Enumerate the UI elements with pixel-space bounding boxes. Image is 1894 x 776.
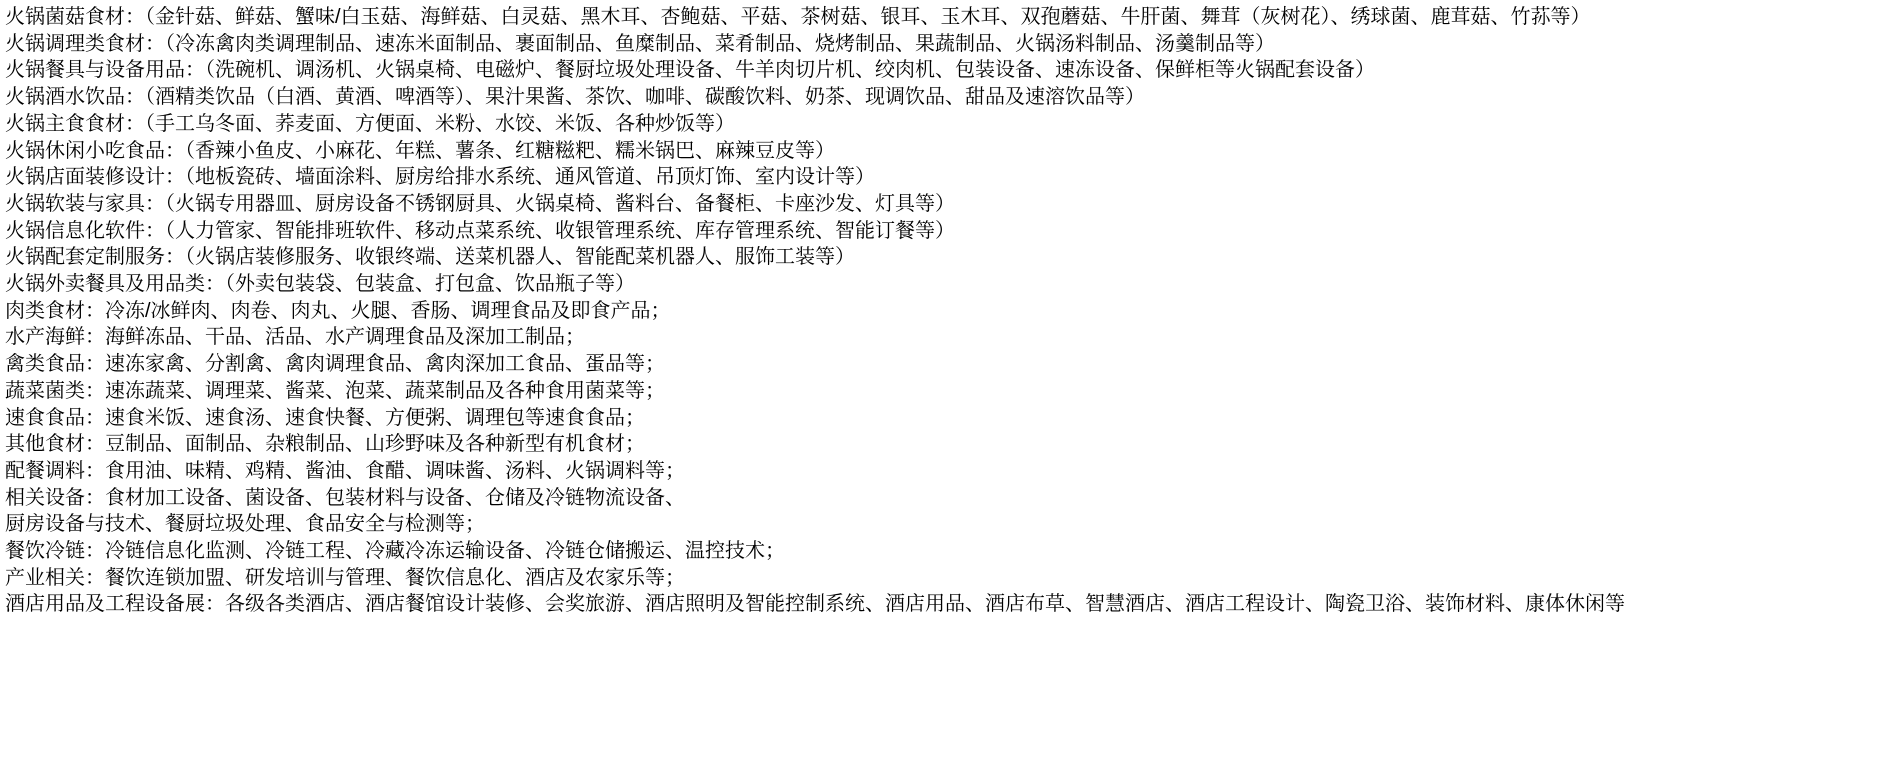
text-paragraph: 火锅休闲小吃食品：（香辣小鱼皮、小麻花、年糕、薯条、红糖糍粑、糯米锅巴、麻辣豆皮… [5, 138, 1889, 165]
text-paragraph: 肉类食材：冷冻/冰鲜肉、肉卷、肉丸、火腿、香肠、调理食品及即食产品； [5, 298, 1889, 325]
text-paragraph: 火锅餐具与设备用品：（洗碗机、调汤机、火锅桌椅、电磁炉、餐厨垃圾处理设备、牛羊肉… [5, 57, 1889, 84]
text-paragraph: 禽类食品：速冻家禽、分割禽、禽肉调理食品、禽肉深加工食品、蛋品等； [5, 351, 1889, 378]
text-paragraph: 相关设备：食材加工设备、菌设备、包装材料与设备、仓储及冷链物流设备、 厨房设备与… [5, 485, 1889, 538]
document-text: 火锅菌菇食材：（金针菇、鲜菇、蟹味/白玉菇、海鲜菇、白灵菇、黑木耳、杏鲍菇、平菇… [5, 4, 1889, 618]
text-paragraph: 火锅调理类食材：（冷冻禽肉类调理制品、速冻米面制品、裹面制品、鱼糜制品、菜肴制品… [5, 31, 1889, 58]
text-paragraph: 配餐调料：食用油、味精、鸡精、酱油、食醋、调味酱、汤料、火锅调料等； [5, 458, 1889, 485]
text-paragraph: 火锅配套定制服务：（火锅店装修服务、收银终端、送菜机器人、智能配菜机器人、服饰工… [5, 244, 1889, 271]
text-paragraph: 火锅信息化软件：（人力管家、智能排班软件、移动点菜系统、收银管理系统、库存管理系… [5, 218, 1889, 245]
text-paragraph: 水产海鲜：海鲜冻品、干品、活品、水产调理食品及深加工制品； [5, 324, 1889, 351]
text-paragraph: 火锅酒水饮品：（酒精类饮品（白酒、黄酒、啤酒等）、果汁果酱、茶饮、咖啡、碳酸饮料… [5, 84, 1889, 111]
text-paragraph: 餐饮冷链：冷链信息化监测、冷链工程、冷藏冷冻运输设备、冷链仓储搬运、温控技术； [5, 538, 1889, 565]
text-paragraph: 火锅店面装修设计：（地板瓷砖、墙面涂料、厨房给排水系统、通风管道、吊顶灯饰、室内… [5, 164, 1889, 191]
text-paragraph: 产业相关：餐饮连锁加盟、研发培训与管理、餐饮信息化、酒店及农家乐等； [5, 565, 1889, 592]
text-paragraph: 其他食材：豆制品、面制品、杂粮制品、山珍野味及各种新型有机食材； [5, 431, 1889, 458]
text-paragraph: 火锅软装与家具：（火锅专用器皿、厨房设备不锈钢厨具、火锅桌椅、酱料台、备餐柜、卡… [5, 191, 1889, 218]
text-paragraph: 火锅外卖餐具及用品类：（外卖包装袋、包装盒、打包盒、饮品瓶子等） [5, 271, 1889, 298]
text-paragraph: 蔬菜菌类：速冻蔬菜、调理菜、酱菜、泡菜、蔬菜制品及各种食用菌菜等； [5, 378, 1889, 405]
text-paragraph: 火锅菌菇食材：（金针菇、鲜菇、蟹味/白玉菇、海鲜菇、白灵菇、黑木耳、杏鲍菇、平菇… [5, 4, 1889, 31]
text-paragraph: 火锅主食食材：（手工乌冬面、荞麦面、方便面、米粉、水饺、米饭、各种炒饭等） [5, 111, 1889, 138]
document-body: 火锅菌菇食材：（金针菇、鲜菇、蟹味/白玉菇、海鲜菇、白灵菇、黑木耳、杏鲍菇、平菇… [0, 0, 1894, 618]
text-paragraph: 速食食品：速食米饭、速食汤、速食快餐、方便粥、调理包等速食食品； [5, 405, 1889, 432]
text-paragraph: 酒店用品及工程设备展：各级各类酒店、酒店餐馆设计装修、会奖旅游、酒店照明及智能控… [5, 591, 1889, 618]
